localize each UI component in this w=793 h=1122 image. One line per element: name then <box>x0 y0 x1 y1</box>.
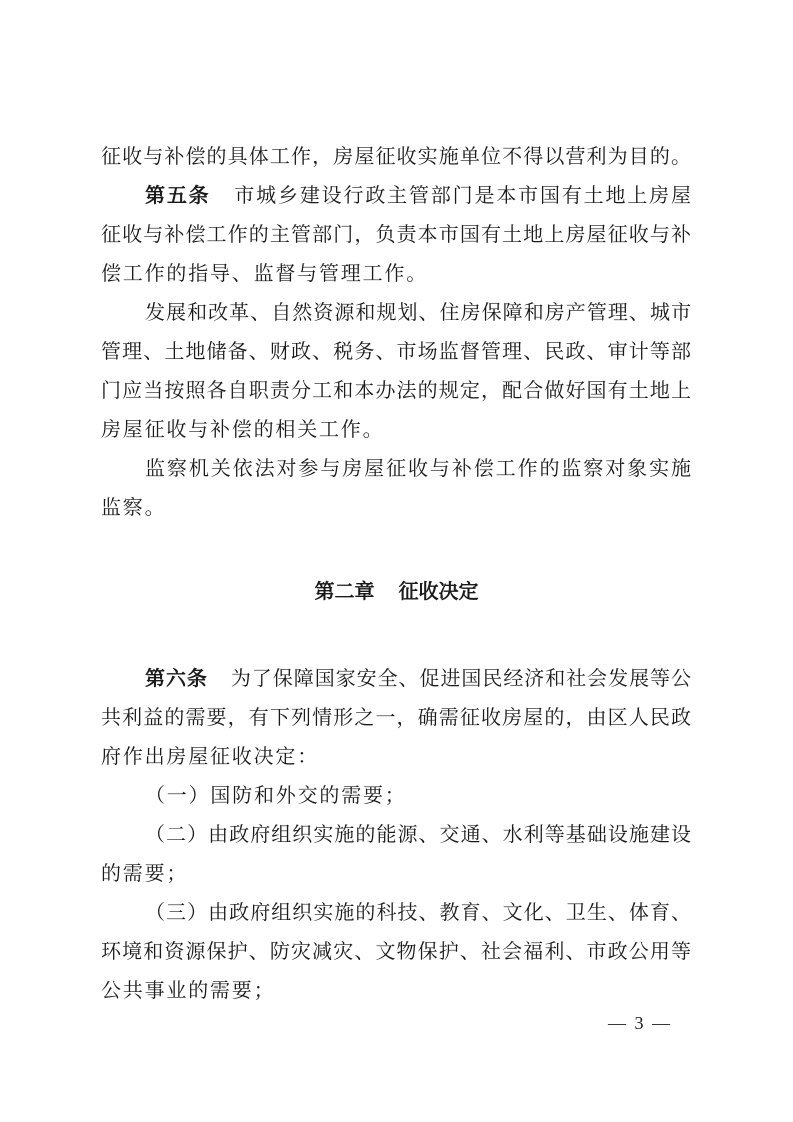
paragraph-line: 监察机关依法对参与房屋征收与补偿工作的监察对象实施 <box>145 455 691 481</box>
paragraph-line: 偿工作的指导、监督与管理工作。 <box>101 260 691 286</box>
chapter-title: 征收决定 <box>399 579 479 603</box>
article-text: 为了保障国家安全、促进国民经济和社会发展等公 <box>230 666 691 690</box>
article-5-line: 第五条市城乡建设行政主管部门是本市国有土地上房屋 <box>145 182 691 208</box>
chapter-number: 第二章 <box>315 579 375 603</box>
paragraph-line: 征收与补偿工作的主管部门，负责本市国有土地上房屋征收与补 <box>101 221 691 247</box>
paragraph-line: 监察。 <box>101 494 691 520</box>
paragraph-line: 的需要； <box>101 860 691 886</box>
paragraph-line: 征收与补偿的具体工作，房屋征收实施单位不得以营利为目的。 <box>101 143 691 169</box>
article-label: 第五条 <box>145 183 211 207</box>
paragraph-line: 府作出房屋征收决定： <box>101 743 691 769</box>
paragraph-line: 环境和资源保护、防灾减灾、文物保护、社会福利、市政公用等 <box>101 938 691 964</box>
paragraph-line: 门应当按照各自职责分工和本办法的规定，配合做好国有土地上 <box>101 377 691 403</box>
list-item: （二）由政府组织实施的能源、交通、水利等基础设施建设 <box>145 821 691 847</box>
article-6-line: 第六条为了保障国家安全、促进国民经济和社会发展等公 <box>145 665 691 691</box>
page-number: — 3 — <box>608 1013 672 1034</box>
article-text: 市城乡建设行政主管部门是本市国有土地上房屋 <box>233 183 692 207</box>
paragraph-line: 共利益的需要，有下列情形之一，确需征收房屋的，由区人民政 <box>101 704 691 730</box>
paragraph-line: 发展和改革、自然资源和规划、住房保障和房产管理、城市 <box>145 299 691 325</box>
paragraph-line: 管理、土地储备、财政、税务、市场监督管理、民政、审计等部 <box>101 338 691 364</box>
list-item: （三）由政府组织实施的科技、教育、文化、卫生、体育、 <box>145 899 691 925</box>
article-label: 第六条 <box>145 666 208 690</box>
paragraph-line: 公共事业的需要； <box>101 977 691 1003</box>
list-item: （一）国防和外交的需要； <box>145 782 691 808</box>
chapter-heading: 第二章征收决定 <box>0 578 793 604</box>
document-page: 征收与补偿的具体工作，房屋征收实施单位不得以营利为目的。 第五条市城乡建设行政主… <box>0 0 793 1122</box>
paragraph-line: 房屋征收与补偿的相关工作。 <box>101 416 691 442</box>
